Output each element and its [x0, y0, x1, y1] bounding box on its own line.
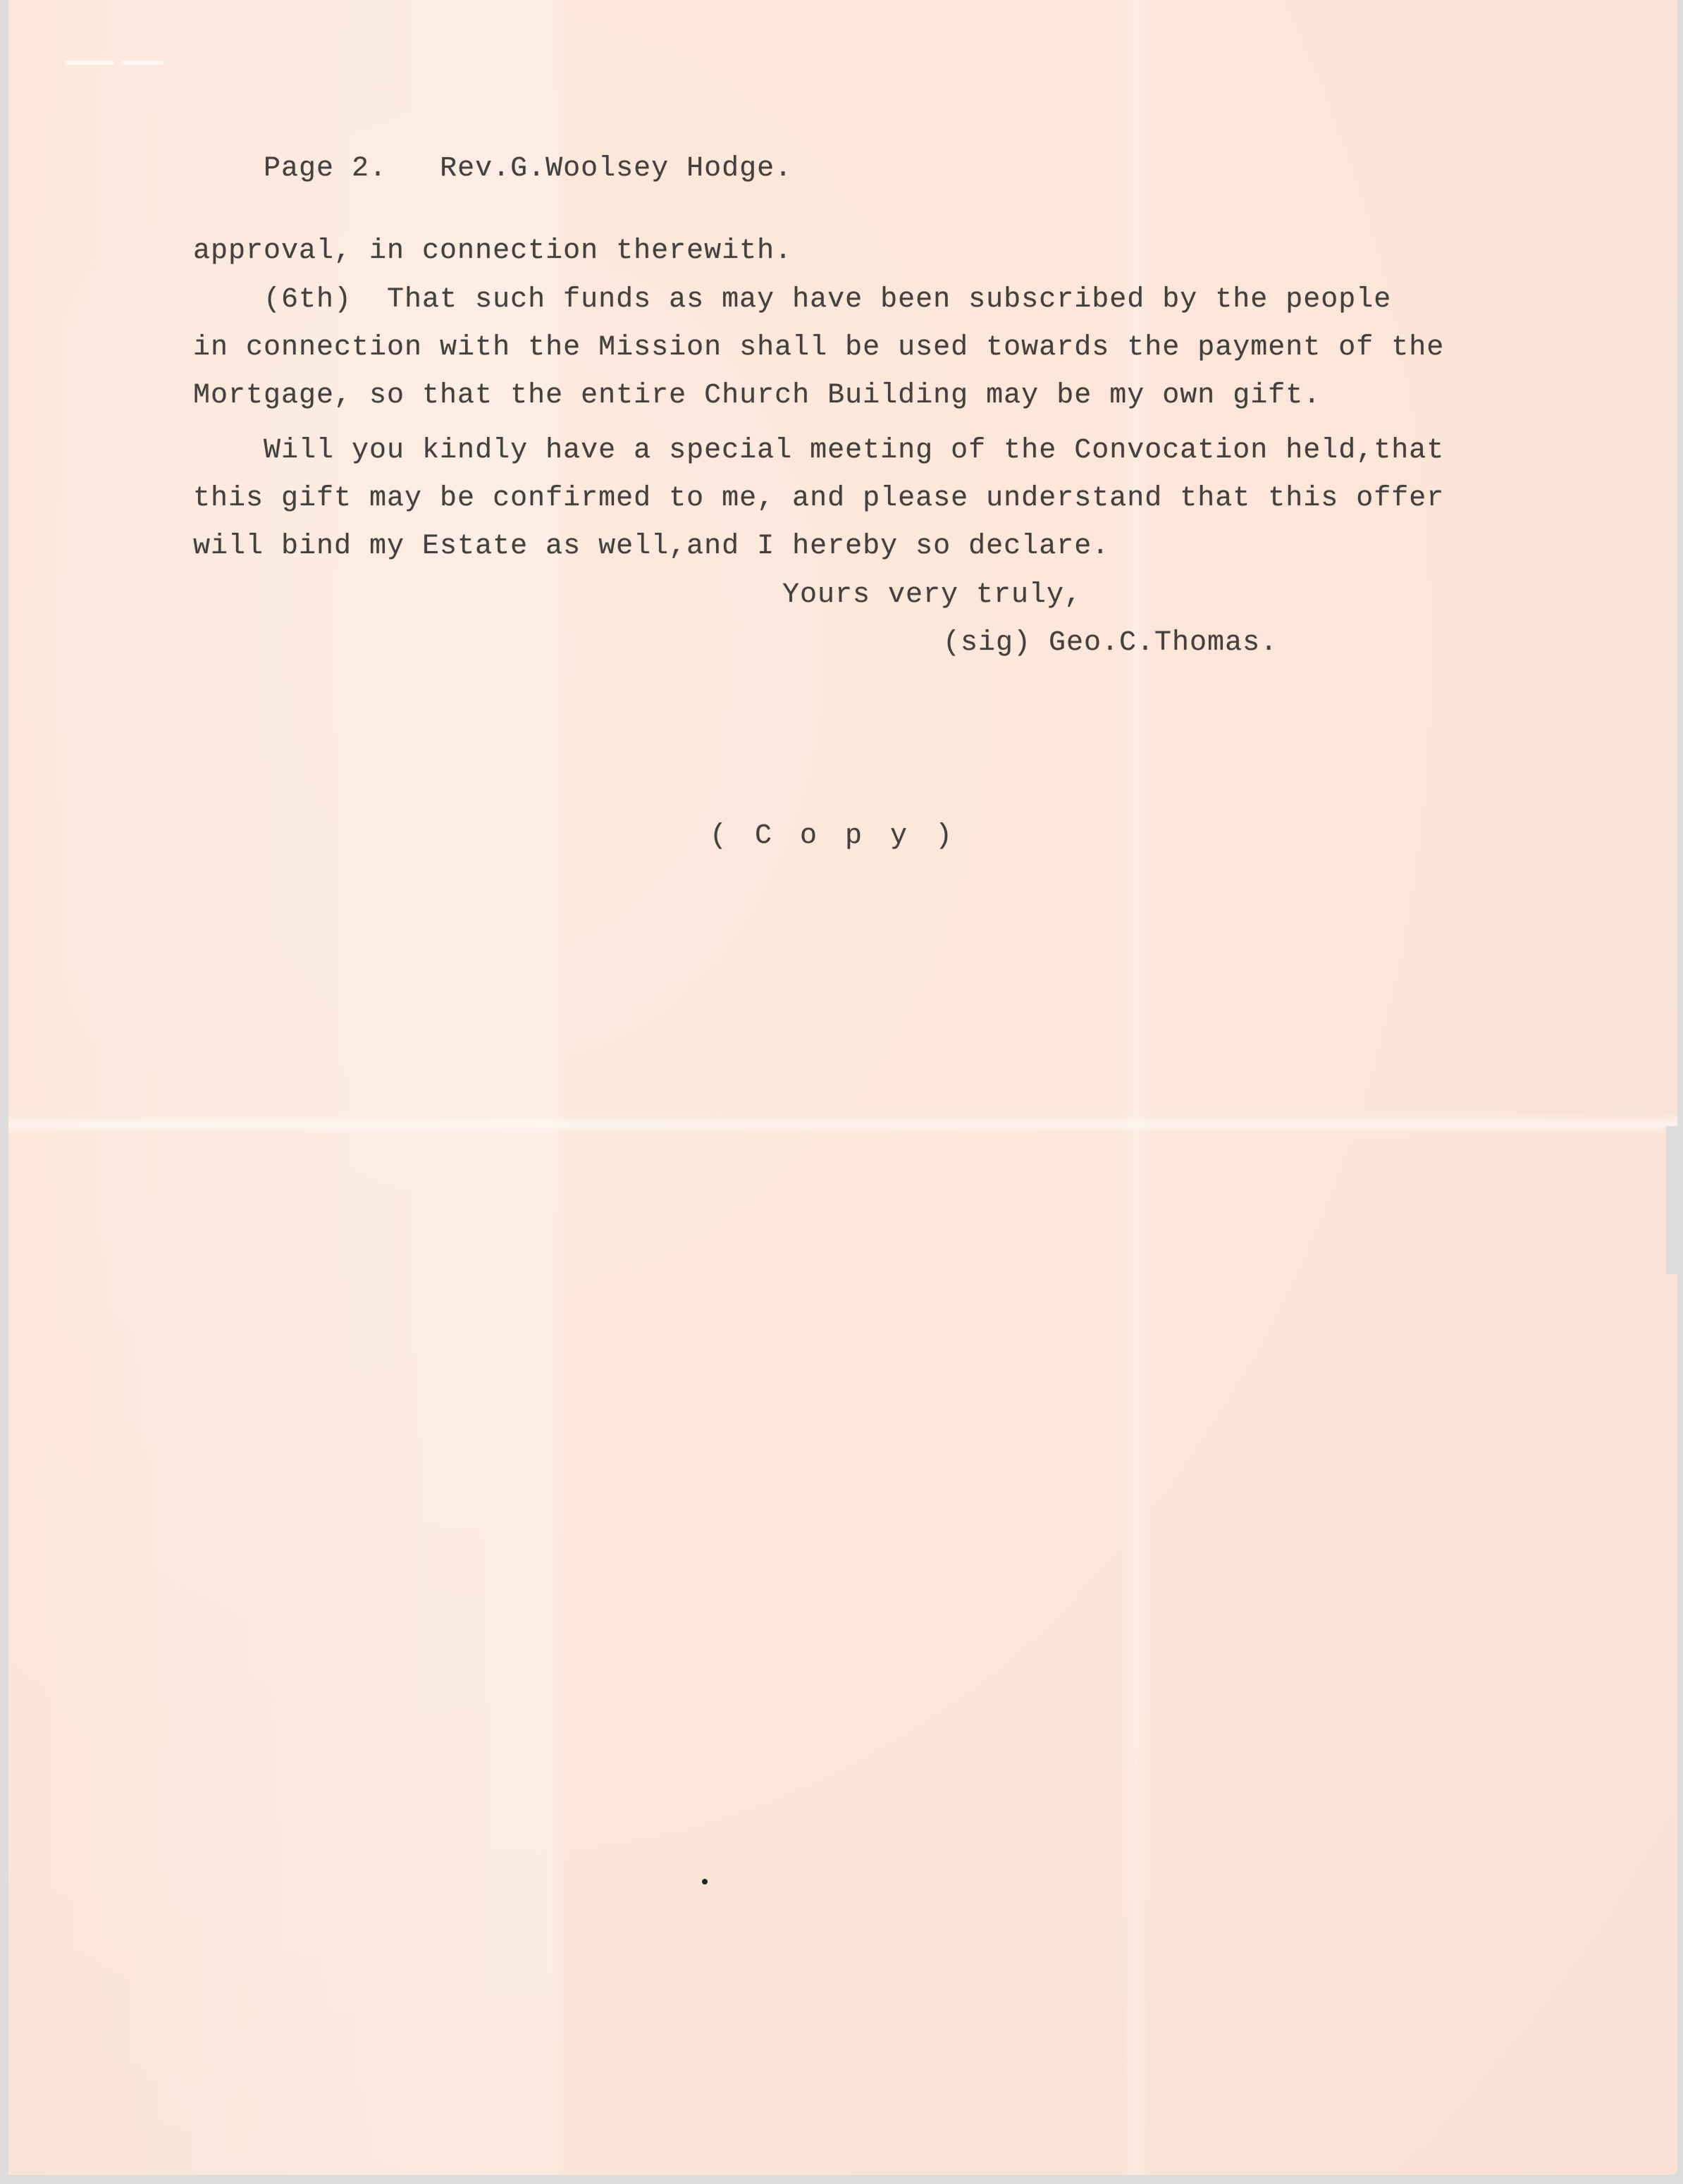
closing-salutation: Yours very truly,: [782, 579, 1082, 611]
body-line: in connection with the Mission shall be …: [193, 332, 1444, 364]
body-line: Mortgage, so that the entire Church Buil…: [193, 380, 1321, 412]
page-header: Page 2. Rev.G.Woolsey Hodge.: [193, 121, 792, 216]
letter-page: Page 2. Rev.G.Woolsey Hodge. approval, i…: [8, 0, 1677, 2175]
body-line: Will you kindly have a special meeting o…: [193, 435, 1444, 467]
staple-tear-mark: [121, 61, 164, 65]
torn-edge: [1666, 1126, 1683, 1274]
body-line: this gift may be confirmed to me, and pl…: [193, 483, 1444, 514]
body-line: will bind my Estate as well,and I hereby…: [193, 531, 1109, 562]
staple-tear-mark: [65, 61, 114, 65]
body-line: approval, in connection therewith.: [193, 235, 792, 267]
page-number: Page 2.: [264, 153, 387, 185]
signature-line: (sig) Geo.C.Thomas.: [943, 627, 1278, 659]
copy-mark: ( C o p y ): [710, 820, 958, 852]
recipient-name: Rev.G.Woolsey Hodge.: [440, 153, 792, 185]
ink-dot: [702, 1879, 708, 1884]
body-line: (6th) That such funds as may have been s…: [193, 284, 1391, 316]
